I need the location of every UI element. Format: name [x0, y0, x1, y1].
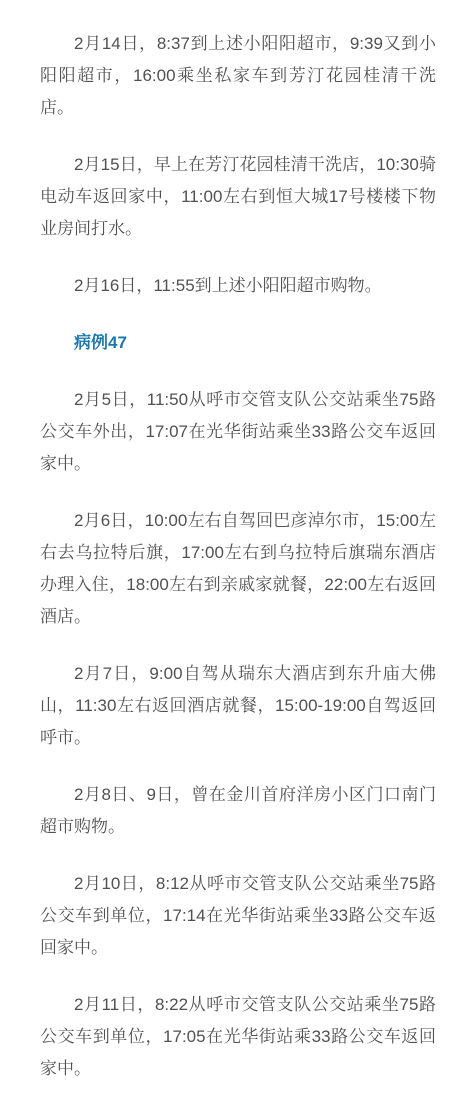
trajectory-paragraph-feb10: 2月10日，8:12从呼市交管支队公交站乘坐75路公交车到单位，17:14在光华… — [40, 868, 436, 964]
trajectory-paragraph-feb7: 2月7日，9:00自驾从瑞东大酒店到东升庙大佛山，11:30左右返回酒店就餐，1… — [40, 658, 436, 754]
article-page: 2月14日，8:37到上述小阳阳超市，9:39又到小阳阳超市，16:00乘坐私家… — [0, 0, 476, 1099]
trajectory-paragraph-feb14: 2月14日，8:37到上述小阳阳超市，9:39又到小阳阳超市，16:00乘坐私家… — [40, 28, 436, 124]
trajectory-paragraph-feb16: 2月16日，11:55到上述小阳阳超市购物。 — [40, 270, 436, 302]
trajectory-paragraph-feb15: 2月15日，早上在芳汀花园桂清干洗店，10:30骑电动车返回家中，11:00左右… — [40, 149, 436, 245]
case-trajectory-article: 2月14日，8:37到上述小阳阳超市，9:39又到小阳阳超市，16:00乘坐私家… — [40, 28, 436, 1085]
trajectory-paragraph-feb8-9: 2月8日、9日，曾在金川首府洋房小区门口南门超市购物。 — [40, 779, 436, 843]
trajectory-paragraph-feb5: 2月5日，11:50从呼市交管支队公交站乘坐75路公交车外出，17:07在光华街… — [40, 384, 436, 480]
case-47-heading: 病例47 — [40, 327, 436, 359]
trajectory-paragraph-feb11: 2月11日，8:22从呼市交管支队公交站乘坐75路公交车到单位，17:05在光华… — [40, 989, 436, 1085]
trajectory-paragraph-feb6: 2月6日，10:00左右自驾回巴彦淖尔市，15:00左右去乌拉特后旗，17:00… — [40, 505, 436, 633]
